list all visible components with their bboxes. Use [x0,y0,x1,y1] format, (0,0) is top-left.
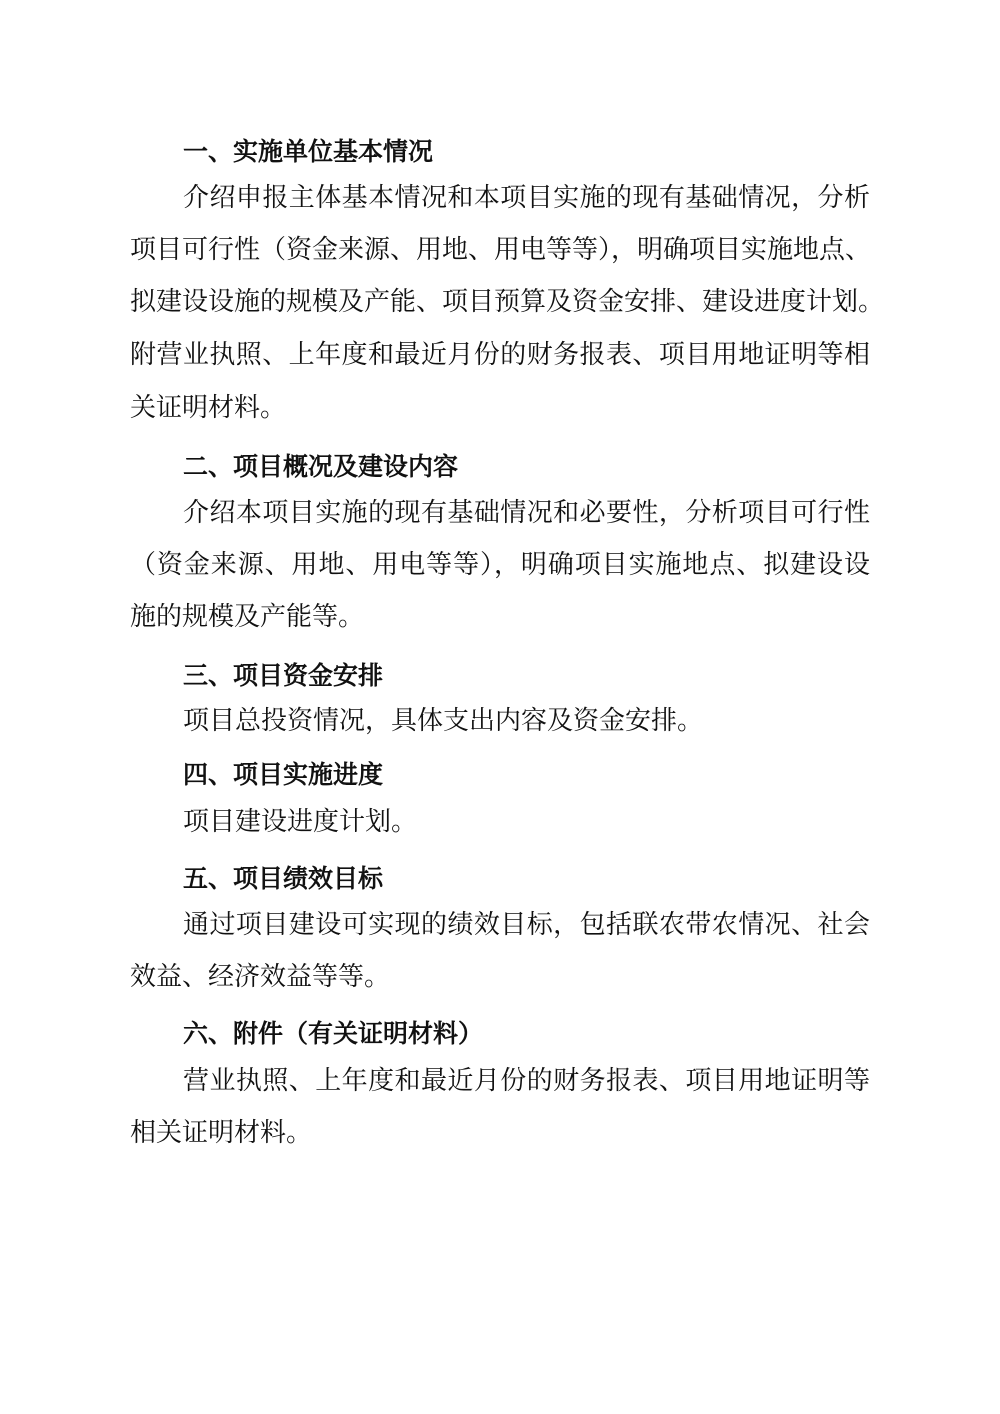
section-6-line-2: 相关证明材料。 [130,1118,870,1148]
section-1-line-4: 附营业执照、上年度和最近月份的财务报表、项目用地证明等相 [130,340,870,370]
section-1-line-2: 项目可行性（资金来源、用地、用电等等），明确项目实施地点、 [130,235,870,265]
section-6-heading: 六、附件（有关证明材料） [183,1019,483,1049]
section-1-line-1: 介绍申报主体基本情况和本项目实施的现有基础情况，分析 [183,183,870,213]
section-2-line-3: 施的规模及产能等。 [130,602,870,632]
section-2-heading: 二、项目概况及建设内容 [183,452,458,482]
section-2-line-2: （资金来源、用地、用电等等），明确项目实施地点、拟建设设 [130,550,870,580]
section-5-line-2: 效益、经济效益等等。 [130,962,870,992]
section-5-line-1: 通过项目建设可实现的绩效目标，包括联农带农情况、社会 [183,910,870,940]
section-2-line-1: 介绍本项目实施的现有基础情况和必要性，分析项目可行性 [183,498,870,528]
section-1-line-5: 关证明材料。 [130,393,870,423]
section-3-heading: 三、项目资金安排 [183,661,383,691]
section-4-heading: 四、项目实施进度 [183,760,383,790]
section-5-heading: 五、项目绩效目标 [183,864,383,894]
section-4-line-1: 项目建设进度计划。 [183,807,870,837]
section-6-line-1: 营业执照、上年度和最近月份的财务报表、项目用地证明等 [183,1066,870,1096]
section-1-heading: 一、实施单位基本情况 [183,137,433,167]
section-3-line-1: 项目总投资情况，具体支出内容及资金安排。 [183,706,870,736]
section-1-line-3: 拟建设设施的规模及产能、项目预算及资金安排、建设进度计划。 [130,287,870,317]
